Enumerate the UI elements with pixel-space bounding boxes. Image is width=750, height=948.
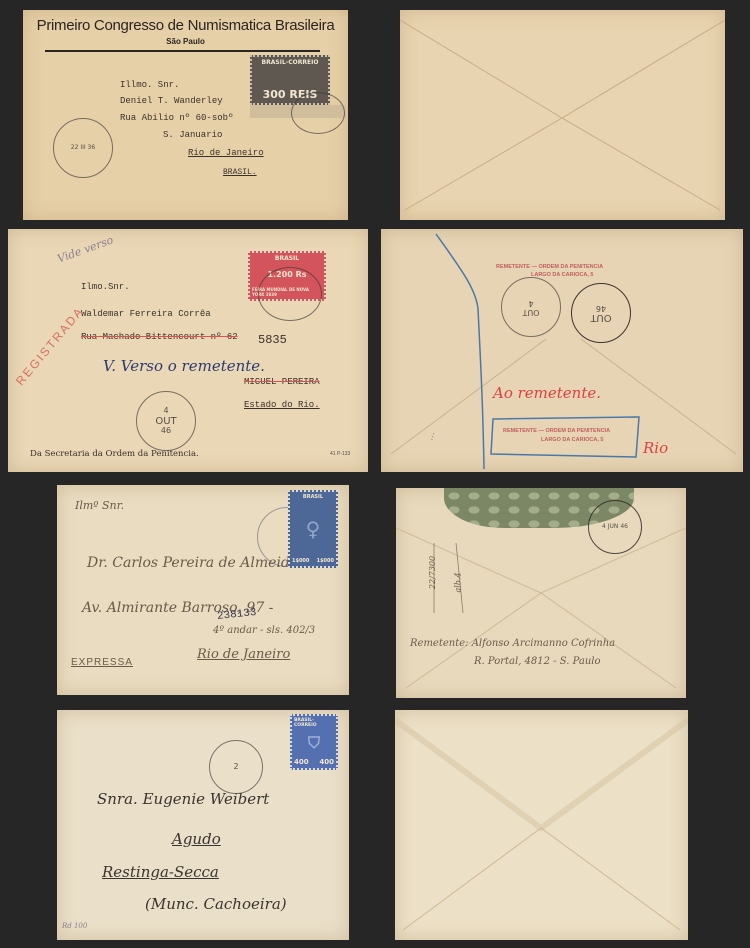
postmark-stamp-cancel (258, 267, 322, 321)
postmark-stamp-cancel (291, 92, 345, 134)
sender-stamp-line2: LARGO DA CARIOCA, 5 (531, 272, 593, 278)
stamp-1000-reis: BRASIL ♀ 1$000 1$000 (288, 490, 338, 568)
sender-line: Remetente: Alfonso Arcimanno Cofrinha (410, 638, 615, 649)
stamp-400-reis: BRASIL-CORREIO ⛉ 400 400 (290, 714, 338, 770)
sender-stamp-line1-boxed: REMETENTE — ORDEM DA PENITENCIA (503, 428, 610, 434)
registration-number: 5835 (258, 333, 287, 347)
stamp-value-left: 1$000 (292, 558, 309, 564)
salutation: Ilmº Snr. (75, 499, 124, 512)
address-line: Rio de Janeiro (188, 148, 264, 158)
cover-1-front[interactable]: Primeiro Congresso de Numismatica Brasil… (23, 10, 348, 220)
return-note: Ao remetente. (493, 384, 601, 402)
stamp-value-right: 400 (319, 758, 334, 766)
pencil-note: alb.4 (454, 572, 463, 592)
service-label: EXPRESSA (71, 657, 133, 668)
cover-3-back[interactable]: 22/7300 alb.4 Remetente: Alfonso Arciman… (396, 488, 686, 698)
header-rule (45, 50, 320, 52)
pencil-note: 22/7300 (428, 556, 437, 589)
cover-1-back[interactable] (400, 10, 725, 220)
registration-number: 238133 (216, 607, 257, 623)
address-line: 4º andar - sls. 402/3 (213, 625, 315, 636)
cover-2-back[interactable]: … REMETENTE — ORDEM DA PENITENCIA LARGO … (381, 229, 743, 472)
envelope-flap-lines (395, 710, 688, 940)
postmark-taquari: 2 (209, 740, 263, 794)
address-line: S. Januario (163, 130, 222, 140)
address-line: Agudo (172, 830, 221, 848)
shield-eagle-icon: ⛉ (308, 733, 320, 753)
stamp-value-left: 400 (294, 758, 309, 766)
footer-text: Da Secretaria da Ordem da Penitencia. (30, 449, 199, 459)
stamp-country: BRASIL (303, 494, 323, 500)
address-line: Rua Abilio nº 60-sobº (120, 113, 233, 123)
address-line: Deniel T. Wanderley (120, 96, 223, 106)
city-note: Rio (643, 439, 668, 457)
postmark-registro: 4 OUT 46 (136, 391, 196, 451)
handwritten-note: V. Verso o remetente. (103, 357, 265, 375)
postmark-miguel-pereira: OUT46 (571, 283, 631, 343)
statue-figure-icon: ♀ (306, 517, 321, 541)
address-line: Estado do Rio. (244, 400, 320, 410)
stamp-value-right: 1$000 (317, 558, 334, 564)
address-line-struck: Rua Machado Bittencourt nº 62 (81, 332, 238, 342)
stamp-country: BRASIL-CORREIO (294, 718, 334, 728)
stamp-country: BRASIL-CORREIO (262, 59, 319, 66)
header-title: Primeiro Congresso de Numismatica Brasil… (23, 17, 348, 34)
address-line-struck: MIGUEL PEREIRA (244, 377, 320, 387)
sender-stamp-line2-boxed: LARGO DA CARIOCA, 5 (541, 437, 603, 443)
postmark-brasil: OUT4 (501, 277, 561, 337)
footer-code: 41 P-133 (330, 451, 350, 457)
postmark-expressas: 4 JUN 46 (588, 500, 642, 554)
cover-4-front[interactable]: Snra. Eugenie Weibert Agudo Restinga-Sec… (57, 710, 349, 940)
stamp-country: BRASIL (275, 255, 299, 262)
pencil-note: Rd 100 (62, 922, 87, 930)
cover-4-back[interactable] (395, 710, 688, 940)
address-line: (Munc. Cachoeira) (145, 895, 287, 913)
address-line: Rio de Janeiro (197, 647, 290, 662)
pencil-note: Vide verso (56, 233, 115, 265)
envelope-flap-lines (400, 10, 725, 220)
registered-label: REGISTRADA (13, 304, 87, 388)
header-subtitle: São Paulo (23, 37, 348, 46)
address-line: BRASIL. (223, 168, 257, 177)
address-line: Restinga-Secca (102, 863, 219, 881)
address-line: Waldemar Ferreira Corrêa (81, 309, 211, 319)
sender-stamp-line1: REMETENTE — ORDEM DA PENITENCIA (496, 264, 603, 270)
cover-2-front[interactable]: Vide verso Ilmo.Snr. Waldemar Ferreira C… (8, 229, 368, 472)
address-line: Illmo. Snr. (120, 80, 179, 90)
cover-3-front[interactable]: Ilmº Snr. Dr. Carlos Pereira de Almeida … (57, 485, 349, 695)
postmark-congress: 22 III 36 (53, 118, 113, 178)
sender-line: R. Portal, 4812 - S. Paulo (474, 656, 600, 667)
address-line: Ilmo.Snr. (81, 282, 130, 292)
